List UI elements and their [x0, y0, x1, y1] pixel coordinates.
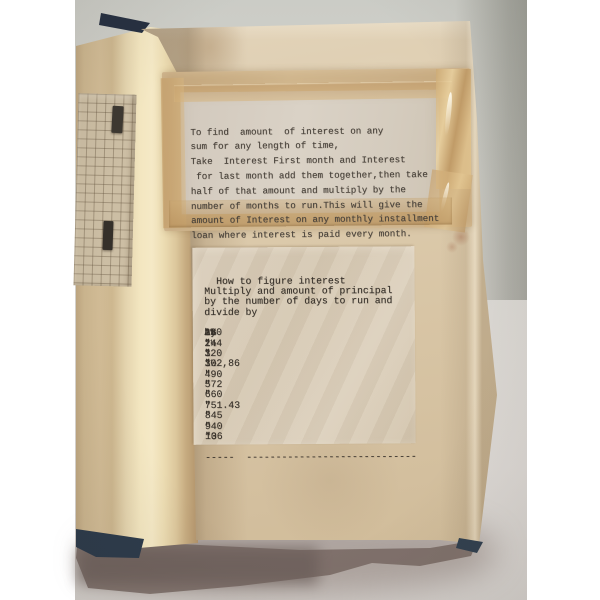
- cell-divisor: 36: [205, 432, 223, 442]
- metal-clip-bottom: [102, 221, 113, 250]
- typed-note-text: To find amount of interest on any sum fo…: [190, 96, 213, 244]
- note2-intro-line: divide by: [204, 307, 257, 318]
- metal-clip-top: [111, 106, 123, 134]
- note1-line: To find amount of interest on any: [190, 124, 383, 140]
- note1-line: sum for any length of time,: [190, 139, 339, 155]
- divider-dashes: ----- -----------------------------: [205, 451, 417, 462]
- photo-of-open-book: To find amount of interest on any sum fo…: [0, 0, 600, 600]
- graph-paper-sheet: [73, 93, 136, 286]
- interest-table-text: How to figure interest Multiply and amou…: [204, 256, 229, 463]
- note1-line: loan where interest is paid every month.: [191, 227, 412, 244]
